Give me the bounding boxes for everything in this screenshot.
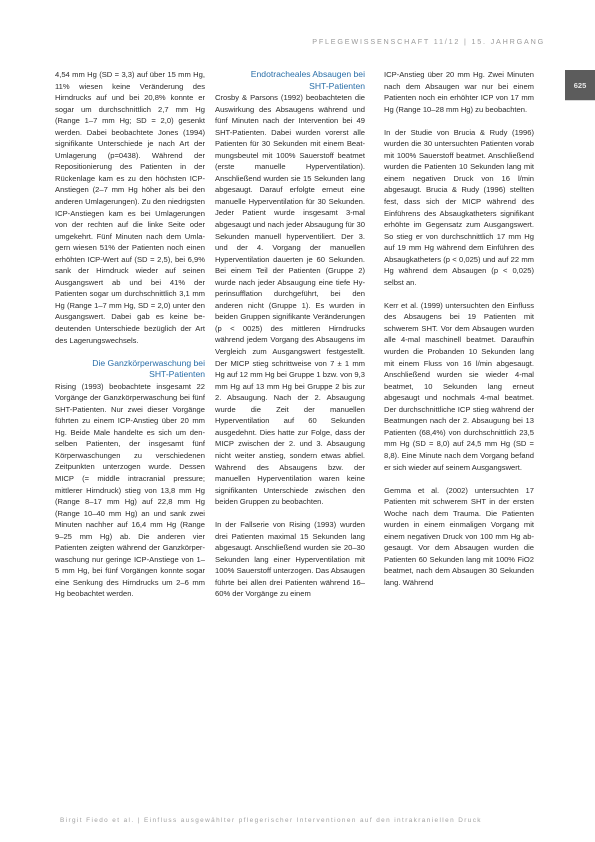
heading-line-2: SHT-Patienten — [55, 369, 205, 381]
text-column-2: Endotracheales Absaugen bei SHT-Patiente… — [215, 69, 365, 600]
page-number-tab: 625 — [565, 70, 595, 100]
paragraph: Rising (1993) beobachtete insge­samt 22 … — [55, 381, 205, 600]
paragraph: Kerr et al. (1999) untersuchten den Einf… — [384, 300, 534, 473]
heading-line-1: Endotracheales Absaugen bei — [215, 69, 365, 81]
paragraph: In der Studie von Brucia & Rudy (1996) w… — [384, 127, 534, 289]
section-heading-ganzkoerperwaschung: Die Ganzkörperwaschung bei SHT-Patienten — [55, 358, 205, 381]
text-column-1: 4,54 mm Hg (SD = 3,3) auf über 15 mm Hg,… — [55, 69, 205, 600]
page-tab-divider — [565, 100, 595, 101]
page-number: 625 — [574, 81, 587, 90]
text-column-3: ICP-Anstieg über 20 mm Hg. Zwei Minuten … — [384, 69, 534, 588]
section-heading-endotracheales-absaugen: Endotracheales Absaugen bei SHT-Patiente… — [215, 69, 365, 92]
running-footer: Birgit Fiedo et al. | Einfluss ausgewähl… — [60, 817, 535, 824]
paragraph: Crosby & Parsons (1992) beobach­teten di… — [215, 92, 365, 508]
paragraph: 4,54 mm Hg (SD = 3,3) auf über 15 mm Hg,… — [55, 69, 205, 346]
paragraph: Gemma et al. (2002) untersuchten 17 Pati… — [384, 485, 534, 589]
heading-line-1: Die Ganzkörperwaschung bei — [55, 358, 205, 370]
paragraph: ICP-Anstieg über 20 mm Hg. Zwei Minuten … — [384, 69, 534, 115]
running-head: Pflegewissenschaft 11/12 | 15. Jahrgang — [312, 37, 545, 46]
heading-line-2: SHT-Patienten — [215, 81, 365, 93]
paragraph: In der Fallserie von Rising (1993) wurde… — [215, 519, 365, 600]
